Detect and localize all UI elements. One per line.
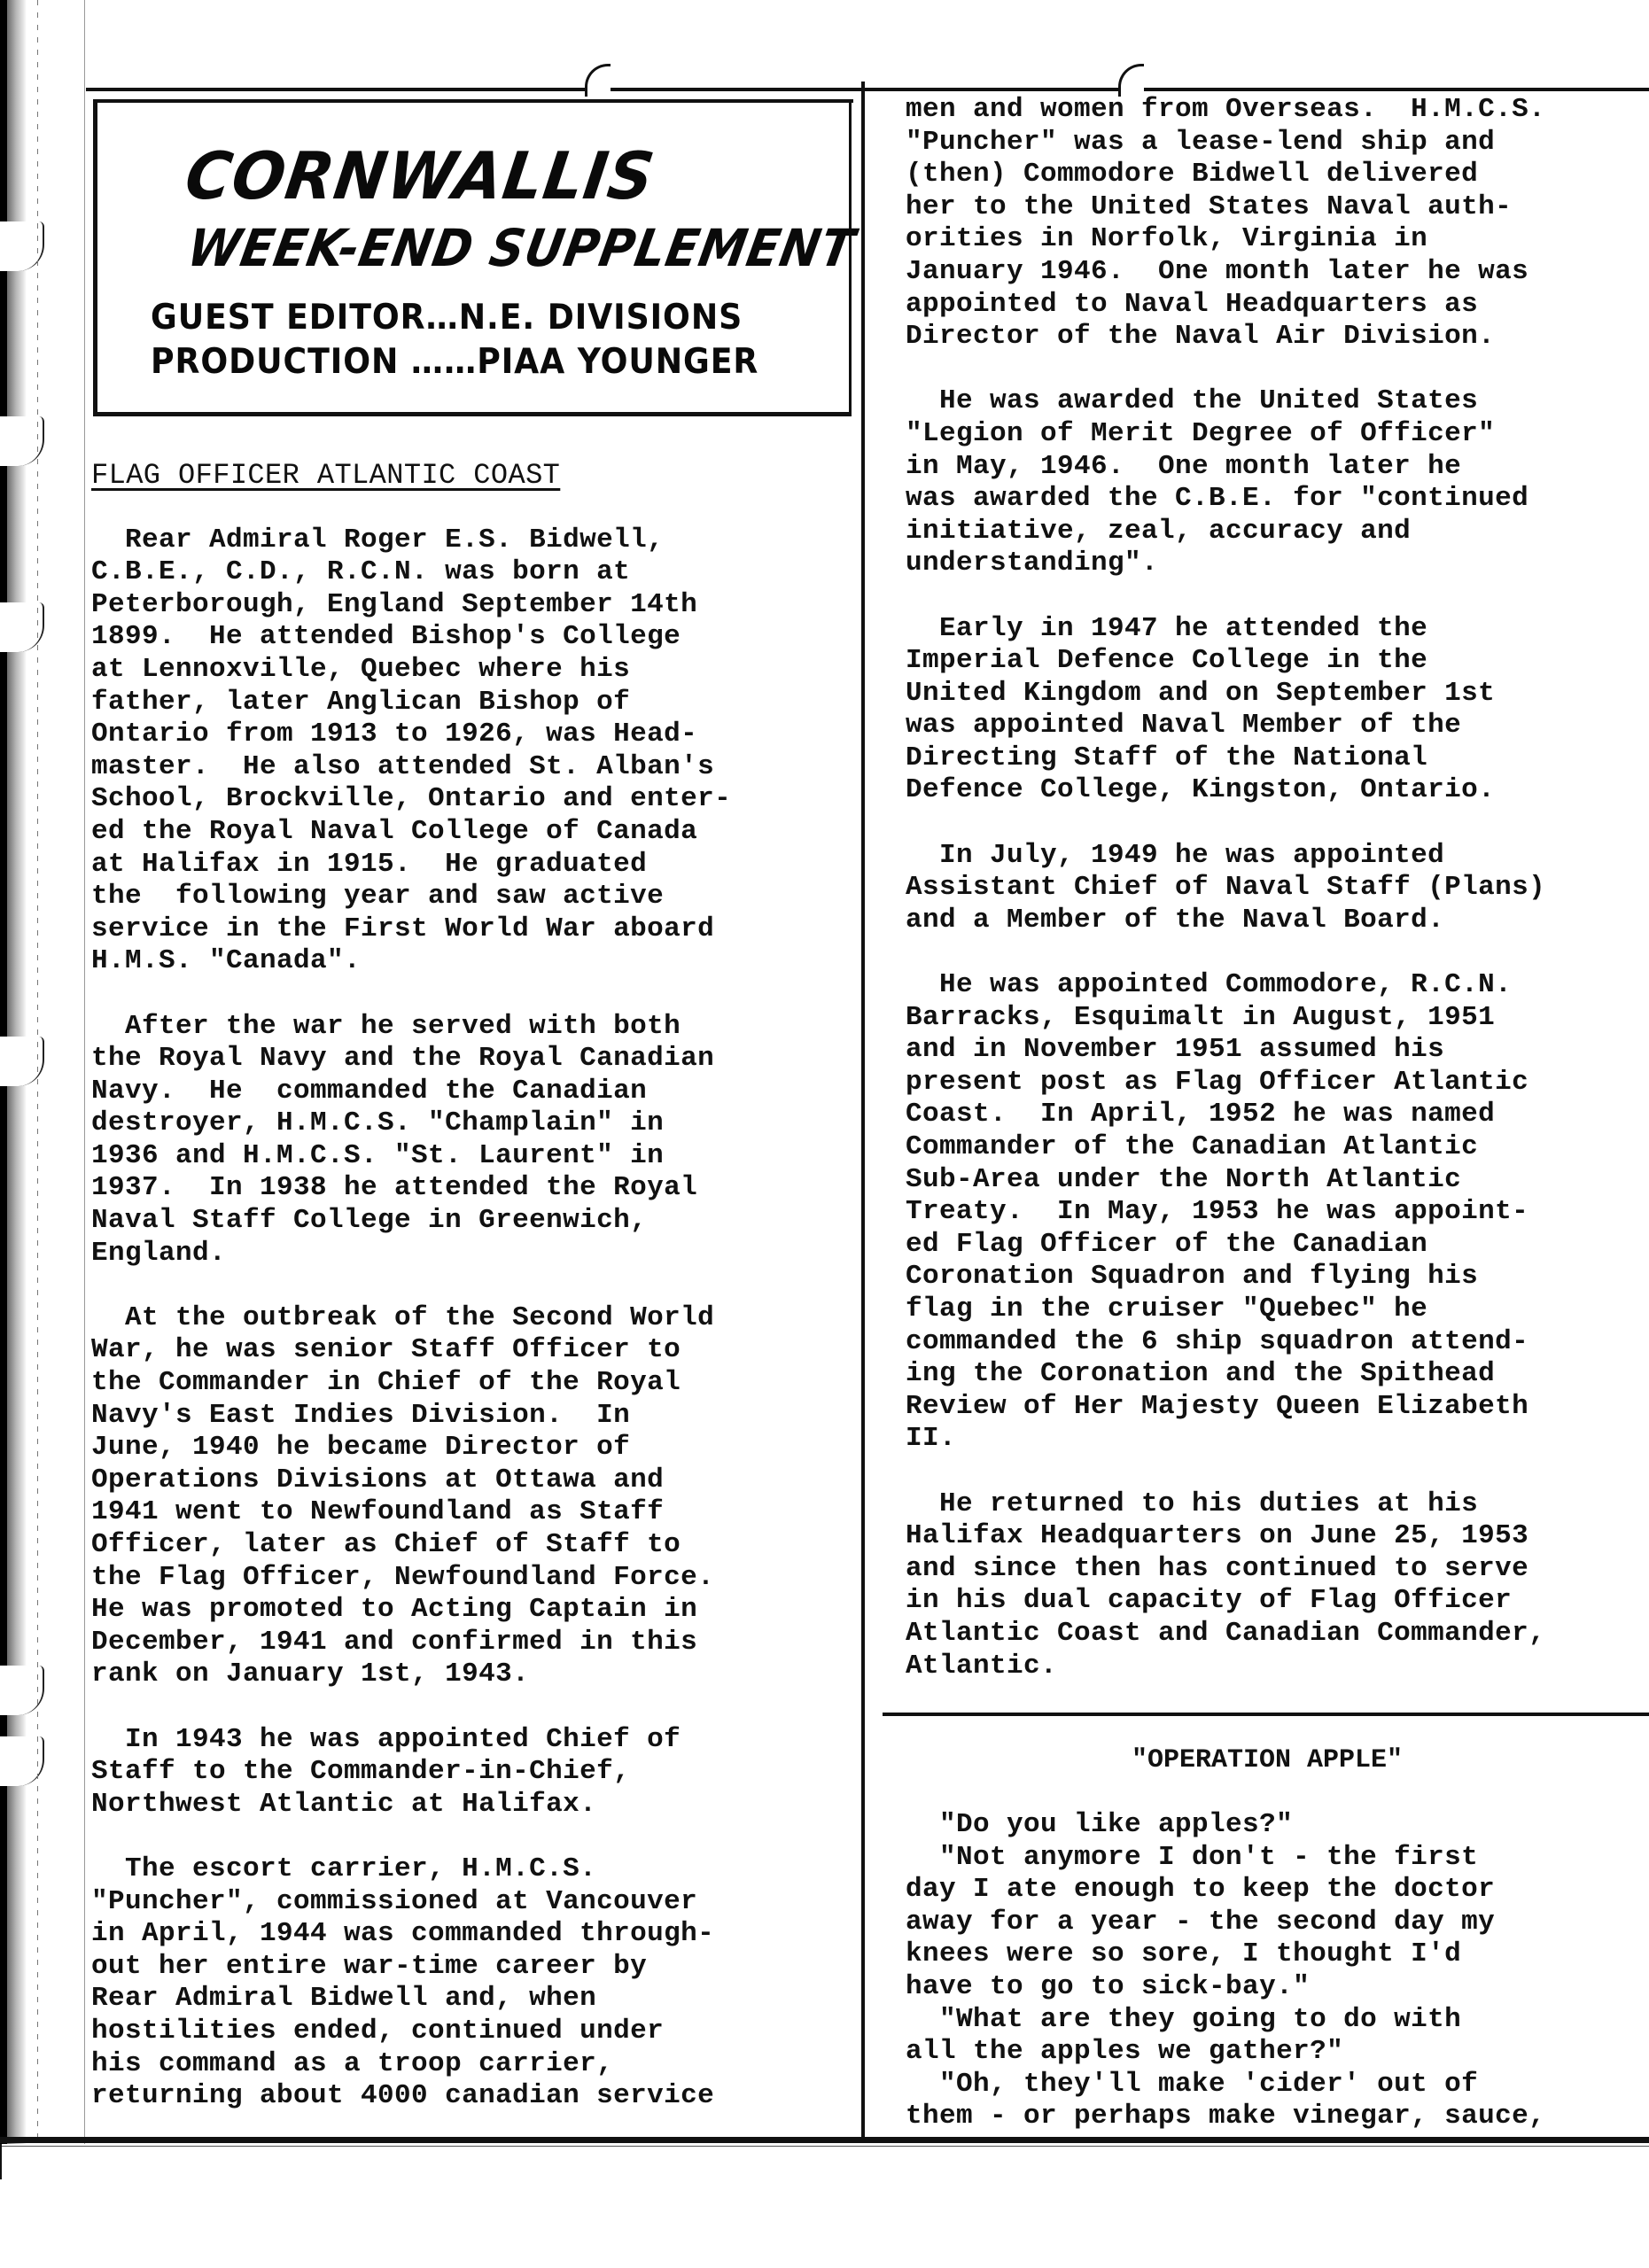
masthead-guest-editor: GUEST EDITOR…N.E. DIVISIONS — [151, 298, 743, 338]
masthead-title: CORNWALLIS — [181, 138, 659, 214]
paragraph: Early in 1947 he attended the Imperial D… — [906, 613, 1641, 808]
dialogue-line: "Not anymore I don't - the first — [906, 1842, 1649, 1875]
left-column: FLAG OFFICER ATLANTIC COAST Rear Admiral… — [91, 460, 853, 2145]
masthead-production: PRODUCTION ……PIAA YOUNGER — [151, 342, 758, 382]
edge-mark — [0, 2144, 2, 2179]
dialogue-line: knees were so sore, I thought I'd — [906, 1938, 1649, 1971]
section-divider — [883, 1713, 1649, 1716]
margin-rule — [84, 0, 85, 2144]
dialogue-line: "Do you like apples?" — [906, 1809, 1649, 1842]
paragraph: After the war he served with both the Ro… — [91, 1011, 853, 1270]
paragraph: He was awarded the United States "Legion… — [906, 385, 1641, 580]
paragraph: He returned to his duties at his Halifax… — [906, 1488, 1641, 1683]
paragraph: At the outbreak of the Second World War,… — [91, 1302, 853, 1691]
dialogue-line: away for a year - the second day my — [906, 1907, 1649, 1939]
operation-apple-body: "Do you like apples?" "Not anymore I don… — [906, 1809, 1649, 2133]
right-column: men and women from Overseas. H.M.C.S. "P… — [906, 94, 1641, 1715]
paragraph: Rear Admiral Roger E.S. Bidwell, C.B.E.,… — [91, 524, 853, 978]
dialogue-line: "Oh, they'll make 'cider' out of — [906, 2069, 1649, 2101]
top-rule — [86, 88, 1649, 91]
paragraph: men and women from Overseas. H.M.C.S. "P… — [906, 94, 1641, 353]
paragraph: In 1943 he was appointed Chief of Staff … — [91, 1724, 853, 1821]
dialogue-line: day I ate enough to keep the doctor — [906, 1874, 1649, 1907]
masthead-subtitle: WEEK-END SUPPLEMENT — [183, 218, 860, 278]
paragraph: He was appointed Commodore, R.C.N. Barra… — [906, 969, 1641, 1456]
bottom-rule — [0, 2137, 1649, 2143]
column-divider — [861, 82, 865, 2137]
paragraph: In July, 1949 he was appointed Assistant… — [906, 840, 1641, 937]
dialogue-line: "What are they going to do with — [906, 2004, 1649, 2037]
article-title: FLAG OFFICER ATLANTIC COAST — [91, 460, 853, 493]
dialogue-line: them - or perhaps make vinegar, sauce, — [906, 2101, 1649, 2133]
margin-guide — [37, 0, 38, 2144]
stencil-mark — [1118, 64, 1144, 97]
bottom-rule-shadow — [0, 2146, 1649, 2147]
dialogue-line: all the apples we gather?" — [906, 2036, 1649, 2069]
masthead-box: CORNWALLIS WEEK-END SUPPLEMENT GUEST EDI… — [93, 103, 852, 416]
dialogue-line: have to go to sick-bay." — [906, 1971, 1649, 2004]
stencil-mark — [585, 64, 611, 97]
paragraph: The escort carrier, H.M.C.S. "Puncher", … — [91, 1853, 853, 2113]
operation-apple-title: "OPERATION APPLE" — [904, 1745, 1630, 1775]
